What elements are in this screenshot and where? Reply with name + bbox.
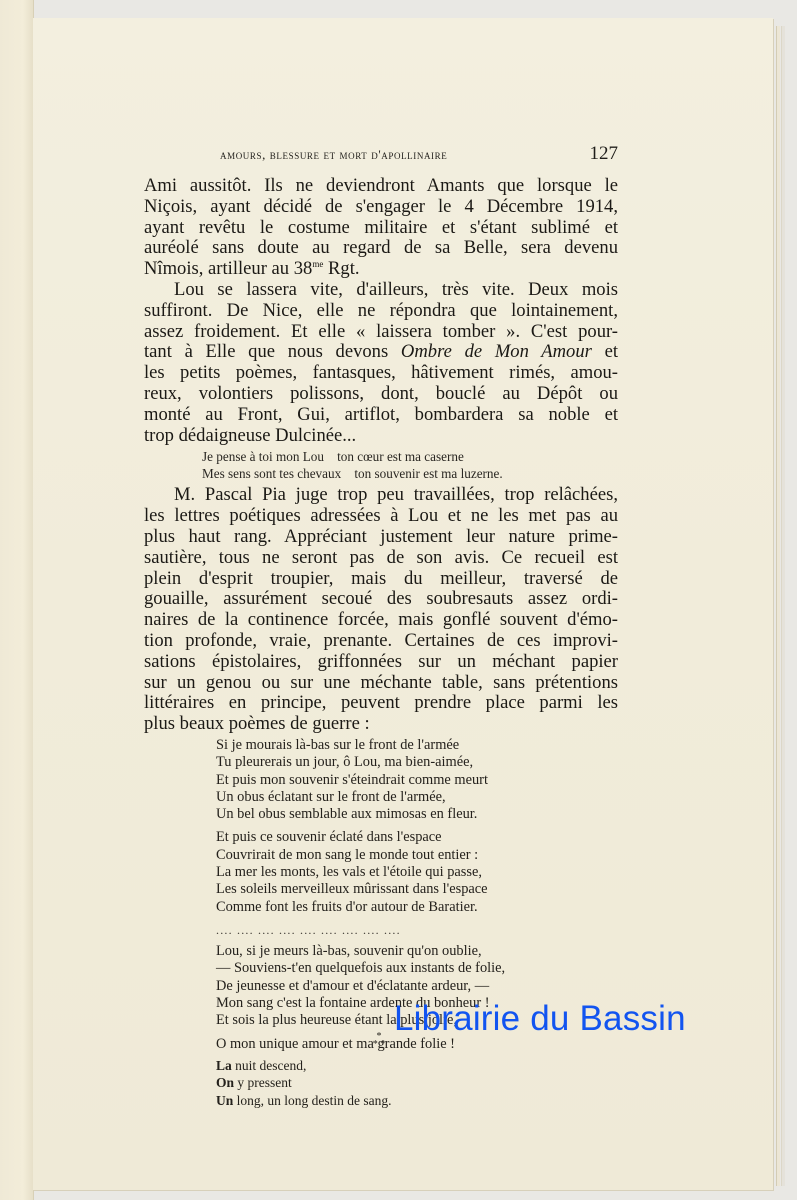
- page-header: AMOURS, BLESSURE ET MORT D'APOLLINAIRE 1…: [220, 143, 620, 167]
- text-fragment: tant à Elle que nous devons: [144, 341, 401, 362]
- text-line: tion profonde, vraie, prenante. Certaine…: [144, 631, 618, 652]
- page-stack-edge: [776, 26, 780, 1186]
- verse-line: Si je mourais là-bas sur le front de l'a…: [216, 737, 618, 754]
- paragraph-1: Ami aussitôt. Ils ne deviendront Amants …: [144, 176, 618, 280]
- asterism-bottom: * *: [369, 1041, 389, 1049]
- text-fragment: y pressent: [234, 1075, 292, 1090]
- text-line: plus haut rang. Appréciant justement leu…: [144, 527, 618, 548]
- asterism-ornament: * * *: [369, 1033, 389, 1049]
- text-fragment: Nîmois, artilleur au 38: [144, 258, 312, 279]
- initial: On: [216, 1075, 234, 1090]
- text-line: monté au Front, Gui, artiflot, bombarder…: [144, 405, 618, 426]
- facing-page-edge: [0, 0, 34, 1200]
- initial: Un: [216, 1093, 233, 1108]
- text-line: les lettres poétiques adressées à Lou et…: [144, 506, 618, 527]
- verse-line: Tu pleurerais un jour, ô Lou, ma bien-ai…: [216, 754, 618, 771]
- text-line: ayant revêtu le costume militaire et s'é…: [144, 218, 618, 239]
- text-line: littéraires en principe, peuvent prendre…: [144, 693, 618, 714]
- verse-line: Je pense à toi mon Lou ton cœur est ma c…: [202, 448, 618, 465]
- text-line: M. Pascal Pia juge trop peu travaillées,…: [144, 485, 618, 506]
- text-line: les petits poèmes, fantasques, hâtivemen…: [144, 363, 618, 384]
- text-line: plein d'esprit troupier, mais du meilleu…: [144, 569, 618, 590]
- running-head: AMOURS, BLESSURE ET MORT D'APOLLINAIRE: [220, 147, 447, 163]
- text-line: Niçois, ayant décidé de s'engager le 4 D…: [144, 197, 618, 218]
- poem-stanza-2: Et puis ce souvenir éclaté dans l'espace…: [216, 829, 618, 915]
- verse-line: Et puis ce souvenir éclaté dans l'espace: [216, 829, 618, 846]
- verse-line: La nuit descend,: [216, 1057, 618, 1074]
- text-line: naires de la continence forcée, mais gon…: [144, 610, 618, 631]
- book-title: Ombre de Mon Amour: [401, 341, 592, 362]
- page-number: 127: [590, 143, 619, 165]
- text-line: Nîmois, artilleur au 38me Rgt.: [144, 259, 618, 280]
- text-line: Ami aussitôt. Ils ne deviendront Amants …: [144, 176, 618, 197]
- paragraph-2: Lou se lassera vite, d'ailleurs, très vi…: [144, 280, 618, 446]
- text-fragment: long, un long destin de sang.: [233, 1093, 391, 1108]
- verse-line: Et puis mon souvenir s'éteindrait comme …: [216, 772, 618, 789]
- text-line: plus beaux poèmes de guerre :: [144, 714, 618, 735]
- watermark: Librairie du Bassin: [394, 999, 686, 1039]
- text-fragment: Rgt.: [323, 258, 359, 279]
- verse-line: Un obus éclatant sur le front de l'armée…: [216, 789, 618, 806]
- verse-line: Couvrirait de mon sang le monde tout ent…: [216, 847, 618, 864]
- text-line: sur un genou ou sur une méchante table, …: [144, 673, 618, 694]
- verse-line: Un bel obus semblable aux mimosas en fle…: [216, 806, 618, 823]
- poem-coda: La nuit descend, On y pressent Un long, …: [216, 1057, 618, 1109]
- text-fragment: et: [592, 341, 618, 362]
- text-line: auréolé sans doute au regard de sa Belle…: [144, 238, 618, 259]
- verse-line: Un long, un long destin de sang.: [216, 1092, 618, 1109]
- text-line: tant à Elle que nous devons Ombre de Mon…: [144, 342, 618, 363]
- verse-line: — Souviens-t'en quelquefois aux instants…: [216, 960, 618, 977]
- verse-line: On y pressent: [216, 1074, 618, 1091]
- verse-line: De jeunesse et d'amour et d'éclatante ar…: [216, 978, 618, 995]
- paragraph-3: M. Pascal Pia juge trop peu travaillées,…: [144, 485, 618, 735]
- page-stack-edge: [781, 26, 785, 1186]
- text-line: Lou se lassera vite, d'ailleurs, très vi…: [144, 280, 618, 301]
- text-line: reux, volontiers polissons, dont, bouclé…: [144, 384, 618, 405]
- verse-line: Comme font les fruits d'or autour de Bar…: [216, 899, 618, 916]
- text-fragment: nuit descend,: [232, 1058, 307, 1073]
- text-line: suffiront. De Nice, elle ne répondra que…: [144, 301, 618, 322]
- text-line: gouaille, assurément secoué des soubresa…: [144, 589, 618, 610]
- verse-line: La mer les monts, les vals et l'étoile q…: [216, 864, 618, 881]
- initial: La: [216, 1058, 232, 1073]
- text-line: assez froidement. Et elle « laissera tom…: [144, 322, 618, 343]
- page-body: Ami aussitôt. Ils ne deviendront Amants …: [144, 176, 618, 1109]
- text-line: sations épistolaires, griffonnées sur un…: [144, 652, 618, 673]
- verse-line: Mes sens sont tes chevaux ton souvenir e…: [202, 465, 618, 482]
- ellipsis-line: .... .... .... .... .... .... .... .... …: [216, 922, 618, 939]
- verse-quote: Je pense à toi mon Lou ton cœur est ma c…: [202, 448, 618, 482]
- verse-line: Lou, si je meurs là-bas, souvenir qu'on …: [216, 943, 618, 960]
- poem-stanza-1: Si je mourais là-bas sur le front de l'a…: [216, 737, 618, 823]
- verse-line: Les soleils merveilleux mûrissant dans l…: [216, 881, 618, 898]
- text-line: trop dédaigneuse Dulcinée...: [144, 426, 618, 447]
- text-line: sautière, tous ne seront pas de son avis…: [144, 548, 618, 569]
- superscript: me: [312, 259, 323, 269]
